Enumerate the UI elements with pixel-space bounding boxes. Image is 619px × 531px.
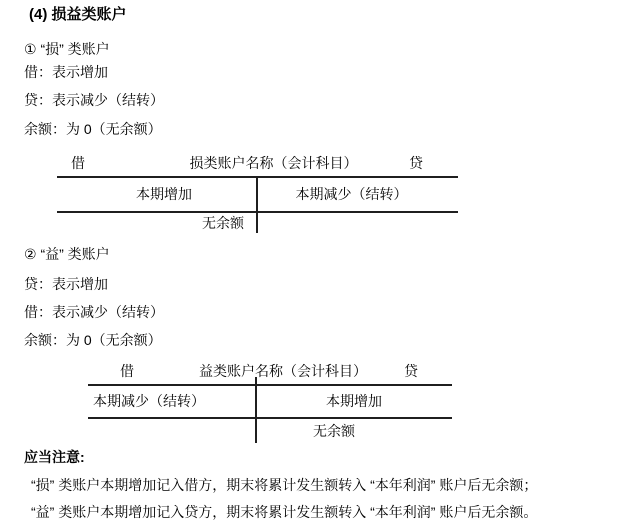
- t-account-loss: 借 损类账户名称（会计科目） 贷 本期增加 本期减少（结转） 无余额: [57, 149, 458, 235]
- t-account-entry-row: 本期减少（结转） 本期增加: [88, 384, 452, 417]
- note-line-gain: “益” 类账户本期增加记入贷方，期末将累计发生额转入 “本年利润” 账户后无余额…: [31, 502, 537, 522]
- t-account-balance-row: 无余额: [88, 417, 452, 443]
- section2-title: ② “益” 类账户: [24, 244, 110, 264]
- credit-entry-cell: 本期减少（结转）: [257, 178, 458, 211]
- note-heading: 应当注意:: [24, 447, 85, 467]
- note-line-loss: “损” 类账户本期增加记入借方，期末将累计发生额转入 “本年利润” 账户后无余额…: [31, 475, 537, 495]
- t-account-header: 借 损类账户名称（会计科目） 贷: [57, 149, 458, 176]
- section2-debit-rule: 借：表示减少（结转）: [24, 302, 164, 322]
- debit-entry-cell: 本期增加: [57, 178, 257, 211]
- t-account-vertical-rule: [256, 176, 258, 233]
- credit-label: 贷: [404, 363, 418, 379]
- balance-cell: 无余额: [57, 213, 257, 235]
- debit-entry-cell: 本期减少（结转）: [88, 386, 256, 417]
- account-title: 益类账户名称（会计科目）: [88, 363, 452, 379]
- document-page: { "heading": "(4) 损益类账户", "section1": { …: [0, 0, 619, 531]
- section1-title: ① “损” 类账户: [24, 39, 110, 59]
- t-account-vertical-rule: [255, 377, 257, 443]
- credit-label: 贷: [409, 155, 423, 171]
- section2-balance-rule: 余额：为 0（无余额）: [24, 330, 162, 350]
- page-title: (4) 损益类账户: [29, 5, 127, 25]
- t-account-gain: 借 益类账户名称（会计科目） 贷 本期减少（结转） 本期增加 无余额: [88, 357, 452, 443]
- section1-credit-rule: 贷：表示减少（结转）: [24, 90, 164, 110]
- empty-cell: [88, 419, 256, 443]
- section1-debit-rule: 借：表示增加: [24, 62, 108, 82]
- t-account-header: 借 益类账户名称（会计科目） 贷: [88, 357, 452, 384]
- section1-balance-rule: 余额：为 0（无余额）: [24, 119, 162, 139]
- empty-cell: [257, 213, 458, 235]
- balance-cell: 无余额: [256, 419, 452, 443]
- account-title: 损类账户名称（会计科目）: [57, 155, 458, 171]
- section2-credit-rule: 贷：表示增加: [24, 274, 108, 294]
- credit-entry-cell: 本期增加: [256, 386, 452, 417]
